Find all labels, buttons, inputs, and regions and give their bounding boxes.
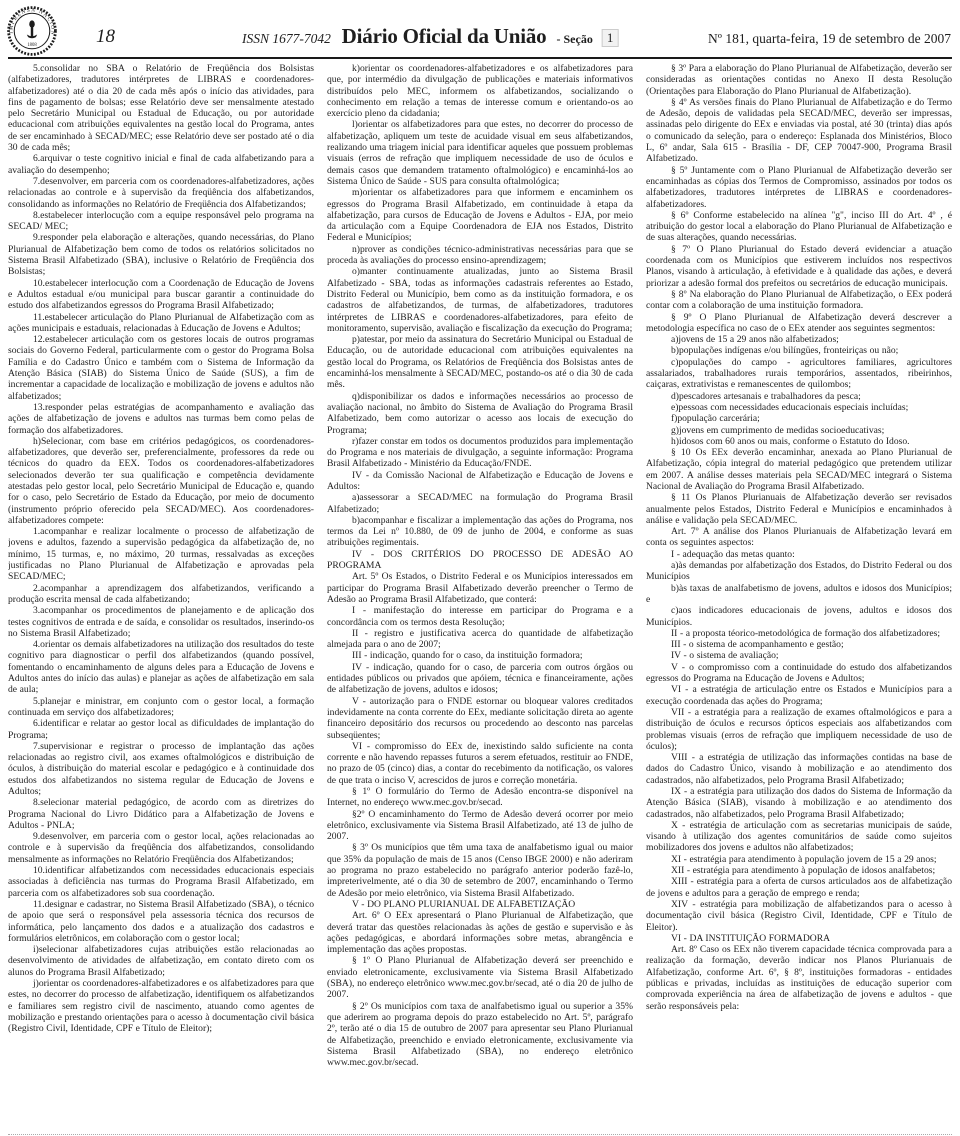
paragraph: § 1º O formulário do Termo de Adesão enc… [327,786,633,809]
paragraph: 6.arquivar o teste cognitivo inicial e f… [8,153,314,176]
paragraph: 11.estabelecer articulação do Plano Plur… [8,312,314,335]
paragraph: f)população carcerária; [646,413,952,424]
paragraph: Art. 7º A análise dos Planos Plurianuais… [646,526,952,549]
paragraph: c)populações do campo - agricultores fam… [646,357,952,391]
masthead: Diário Oficial da União - Seção 1 [342,24,619,49]
paragraph: § 8º Na elaboração do Plano Plurianual d… [646,289,952,312]
paragraph: l)orientar os alfabetizadores para que e… [327,119,633,187]
paragraph: b)às taxas de analfabetismo de jovens, a… [646,583,952,606]
content-columns: 5.consolidar no SBA o Relatório de Freqü… [8,63,952,1131]
paragraph: § 3º Os municípios que têm uma taxa de a… [327,842,633,898]
paragraph: n)prover as condições técnico-administra… [327,244,633,267]
paragraph: 1.acompanhar e realizar localmente o pro… [8,526,314,582]
paragraph: p)atestar, por meio da assinatura do Sec… [327,334,633,390]
paragraph: 5.consolidar no SBA o Relatório de Freqü… [8,63,314,153]
paragraph: XI - estratégia para atendimento à popul… [646,854,952,865]
column-2: k)orientar os coordenadores-alfabetizado… [327,63,633,1131]
paragraph: 9.responder pela elaboração e alterações… [8,232,314,277]
paragraph: 10.identificar alfabetizandos com necess… [8,865,314,899]
bottom-rule [8,1134,952,1135]
paragraph: h)Selecionar, com base em critérios peda… [8,436,314,526]
paragraph: d)pescadores artesanais e trabalhadores … [646,391,952,402]
paragraph: § 3º Para a elaboração do Plano Plurianu… [646,63,952,97]
masthead-section-label: - Seção [557,32,593,46]
paragraph: IV - o sistema de avaliação; [646,650,952,661]
paragraph: 9.desenvolver, em parceria com o gestor … [8,831,314,865]
paragraph: VI - compromisso do EEx de, inexistindo … [327,741,633,786]
masthead-section-number: 1 [602,29,619,47]
paragraph: III - o sistema de acompanhamento e gest… [646,639,952,650]
paragraph: § 11 Os Planos Plurianuais de Alfabetiza… [646,492,952,526]
paragraph: 8.selecionar material pedagógico, de aco… [8,797,314,831]
svg-text:1808: 1808 [27,43,37,48]
imprensa-nacional-seal-icon: IMPRENSA NACIONAL 1808 [6,5,58,57]
paragraph: IV - DOS CRITÉRIOS DO PROCESSO DE ADESÃO… [327,549,633,572]
paragraph: IV - da Comissão Nacional de Alfabetizaç… [327,470,633,493]
paragraph: IX - a estratégia para utilização dos da… [646,786,952,820]
paragraph: 7.supervisionar e registrar o processo d… [8,741,314,797]
paragraph: § 1º O Plano Plurianual de Alfabetização… [327,955,633,1000]
masthead-title: Diário Oficial da União [342,24,547,48]
paragraph: §2º O encaminhamento do Termo de Adesão … [327,809,633,843]
paragraph: III - indicação, quando for o caso, da i… [327,650,633,661]
paragraph: r)fazer constar em todos os documentos p… [327,436,633,470]
paragraph: a)às demandas por alfabetização dos Esta… [646,560,952,583]
paragraph: q)disponibilizar os dados e informações … [327,391,633,436]
gazette-page: IMPRENSA NACIONAL 1808 18 ISSN 1677-7042… [0,0,960,1136]
paragraph: X - estratégia de articulação com as sec… [646,820,952,854]
paragraph: Art. 5º Os Estados, o Distrito Federal e… [327,571,633,605]
edition-info: Nº 181, quarta-feira, 19 de setembro de … [708,31,951,47]
paragraph: VI - DA INSTITUIÇÃO FORMADORA [646,933,952,944]
paragraph: b)populações indígenas e/ou bilíngües, f… [646,345,952,356]
paragraph: k)orientar os coordenadores-alfabetizado… [327,63,633,119]
paragraph: Art. 8º Caso os EEx não tiverem capacida… [646,944,952,1012]
paragraph: § 6º Conforme estabelecido na alínea "g"… [646,210,952,244]
paragraph: m)orientar os alfabetizadores para que i… [327,187,633,243]
paragraph: § 5º Juntamente com o Plano Plurianual d… [646,165,952,210]
page-number: 18 [96,26,115,48]
paragraph: § 4º As versões finais do Plano Plurianu… [646,97,952,165]
column-1: 5.consolidar no SBA o Relatório de Freqü… [8,63,314,1131]
paragraph: o)manter continuamente atualizadas, junt… [327,266,633,334]
paragraph: 11.designar e cadastrar, no Sistema Bras… [8,899,314,944]
paragraph: g)jovens em cumprimento de medidas socio… [646,425,952,436]
paragraph: 7.desenvolver, em parceria com os coorde… [8,176,314,210]
paragraph: V - o compromisso com a continuidade do … [646,662,952,685]
paragraph: 12.estabelecer articulação com os gestor… [8,334,314,402]
paragraph: VII - a estratégia para a realização de … [646,707,952,752]
column-3: § 3º Para a elaboração do Plano Plurianu… [646,63,952,1131]
paragraph: a)assessorar a SECAD/MEC na formulação d… [327,492,633,515]
paragraph: h)idosos com 60 anos ou mais, conforme o… [646,436,952,447]
paragraph: VI - a estratégia de articulação entre o… [646,684,952,707]
paragraph: j)orientar os coordenadores-alfabetizado… [8,978,314,1034]
paragraph: I - adequação das metas quanto: [646,549,952,560]
paragraph: e)pessoas com necessidades educacionais … [646,402,952,413]
paragraph: V - DO PLANO PLURIANUAL DE ALFABETIZAÇÃO [327,899,633,910]
paragraph: 10.estabelecer interlocução com a Coorde… [8,278,314,312]
paragraph: 2.acompanhar a aprendizagem dos alfabeti… [8,583,314,606]
paragraph: Art. 6º O EEx apresentará o Plano Pluria… [327,910,633,955]
paragraph: XII - estratégia para atendimento à popu… [646,865,952,876]
paragraph: V - autorização para o FNDE estornar ou … [327,696,633,741]
paragraph: § 2º Os municípios com taxa de analfabet… [327,1001,633,1069]
paragraph: I - manifestação do interesse em partici… [327,605,633,628]
header-rule [8,57,952,59]
torch-glyph [27,20,37,38]
paragraph: c)aos indicadores educacionais de jovens… [646,605,952,628]
paragraph: XIV - estratégia para mobilização de alf… [646,899,952,933]
paragraph: II - registro e justificativa acerca do … [327,628,633,651]
paragraph: i)selecionar alfabetizadores cujas atrib… [8,944,314,978]
paragraph: XIII - estratégia para a oferta de curso… [646,876,952,899]
paragraph: VIII - a estratégia de utilização das in… [646,752,952,786]
paragraph: § 10 Os EEx deverão encaminhar, anexada … [646,447,952,492]
paragraph: § 9º O Plano Plurianual de Alfabetização… [646,312,952,335]
paragraph: § 7º O Plano Plurianual do Estado deverá… [646,244,952,289]
paragraph: 5.planejar e ministrar, em conjunto com … [8,696,314,719]
paragraph: a)jovens de 15 a 29 anos não alfabetizad… [646,334,952,345]
paragraph: IV - indicação, quando for o caso, de pa… [327,662,633,696]
paragraph: 6.identificar e relatar ao gestor local … [8,718,314,741]
page-header: IMPRENSA NACIONAL 1808 18 ISSN 1677-7042… [0,0,960,58]
paragraph: b)acompanhar e fiscalizar a implementaçã… [327,515,633,549]
paragraph: 4.orientar os demais alfabetizadores na … [8,639,314,695]
issn-label: ISSN 1677-7042 [242,31,331,47]
paragraph: II - a proposta téorico-metodológica de … [646,628,952,639]
paragraph: 3.acompanhar os procedimentos de planeja… [8,605,314,639]
paragraph: 8.estabelecer interlocução com a equipe … [8,210,314,233]
paragraph: 13.responder pelas estratégias de acompa… [8,402,314,436]
